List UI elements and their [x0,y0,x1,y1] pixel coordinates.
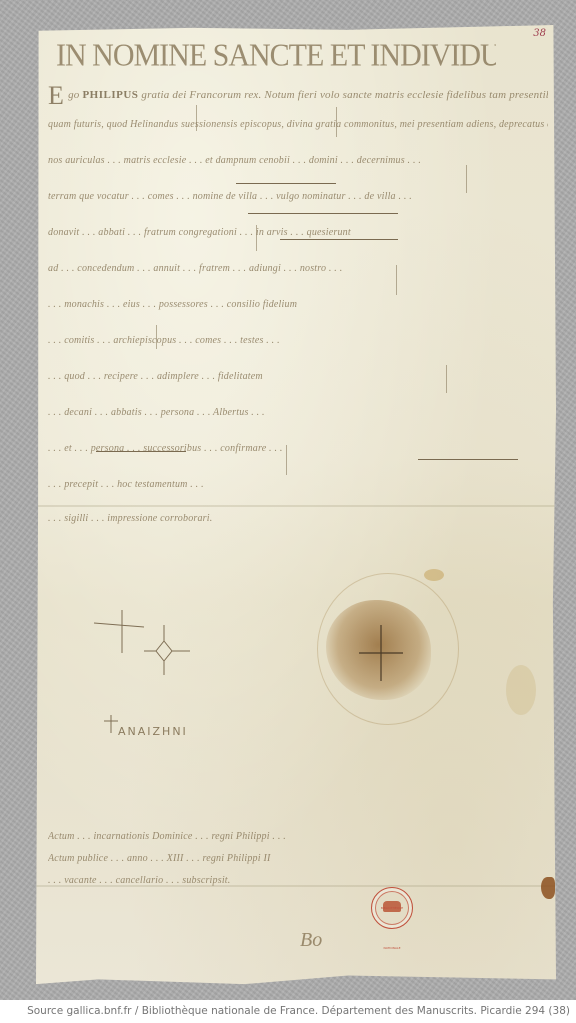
text-line-5: ad . . . concedendum . . . annuit . . . … [48,263,548,274]
text-line-7: . . . comitis . . . archiepiscopus . . .… [48,335,548,346]
ascender-stroke [446,365,447,393]
text-line-4: donavit . . . abbati . . . fratrum congr… [48,227,548,238]
underline-mark [418,459,518,460]
opening-after-initial: go [68,89,79,101]
edge-stain [541,877,555,899]
text-line-8: . . . quod . . . recipere . . . adimpler… [48,371,548,382]
opening-rest: gratia dei Francorum rex. Notum fieri vo… [141,89,548,101]
underline-mark [96,451,186,452]
source-caption: Source gallica.bnf.fr / Bibliothèque nat… [0,1000,576,1023]
decorated-initial: E [48,81,64,110]
king-name: PHILIPUS [82,89,138,101]
stain [506,665,536,715]
text-line-12: . . . sigilli . . . impressione corrobor… [48,513,548,524]
dating-line-2: Actum publice . . . anno . . . XIII . . … [48,853,548,864]
ascender-stroke [196,105,197,131]
library-stamp: BIBLIOTHÈQUE NATIONALE [371,887,413,929]
underline-mark [280,239,398,240]
text-line-9: . . . decani . . . abbatis . . . persona… [48,407,548,418]
text-line-3: terram que vocatur . . . comes . . . nom… [48,191,548,202]
text-line-2: nos auriculas . . . matris ecclesie . . … [48,155,548,166]
text-line-11: . . . precepit . . . hoc testamentum . .… [48,479,548,490]
seal-cross-icon [356,623,406,683]
underline-mark [236,183,336,184]
stain [424,569,444,581]
stamp-label: BIBLIOTHÈQUE NATIONALE [372,888,412,928]
ascender-stroke [286,445,287,475]
ascender-stroke [156,325,157,349]
ascender-stroke [336,107,337,137]
folio-number: 38 [533,28,546,39]
signature-mark: Bo [300,929,322,952]
fold-line [36,505,556,507]
cross-sign-icon [84,605,194,685]
opening-line: Ego PHILIPUS gratia dei Francorum rex. N… [48,81,548,111]
underline-mark [248,213,398,214]
ascender-stroke [256,225,257,251]
text-line-10: . . . et . . . persona . . . successorib… [48,443,548,454]
dating-line-1: Actum . . . incarnationis Dominice . . .… [48,831,548,842]
text-line-1: quam futuris, quod Helinandus suessionen… [48,119,548,130]
elongated-script-invocation: IN NOMINE SANCTE ET INDIVIDUE TRINITATIS… [56,38,496,74]
ascender-stroke [396,265,397,295]
greek-subscription: ΑΝΑΙΖΗΝΙ [118,725,188,738]
dating-line-3: . . . vacante . . . cancellario . . . su… [48,875,548,886]
text-line-6: . . . monachis . . . eius . . . possesso… [48,299,548,310]
ascender-stroke [466,165,467,193]
charter-parchment: 38 IN NOMINE SANCTE ET INDIVIDUE TRINITA… [36,25,556,989]
